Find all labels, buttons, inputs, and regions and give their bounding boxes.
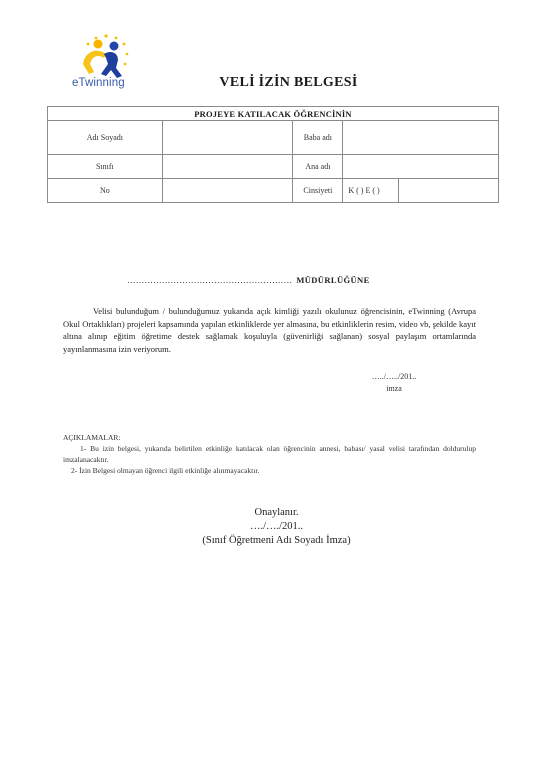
document-title: VELİ İZİN BELGESİ (0, 75, 541, 91)
table-row: Adı Soyadı Baba adı (48, 121, 499, 155)
father-name-field[interactable] (343, 121, 499, 155)
parent-signature-label: imza (354, 383, 434, 395)
gender-options[interactable]: K ( ) E ( ) (343, 179, 399, 203)
mother-name-label: Ana adı (293, 155, 343, 179)
note-item: 1- Bu izin belgesi, yukarıda belirtilen … (63, 443, 476, 465)
number-label: No (48, 179, 163, 203)
notes-section: AÇIKLAMALAR: 1- Bu izin belgesi, yukarıd… (63, 432, 476, 476)
table-header-row: PROJEYE KATILACAK ÖĞRENCİNİN (48, 107, 499, 121)
approval-block: Onaylanır. …./…./201.. (Sınıf Öğretmeni … (0, 506, 541, 548)
student-info-table: PROJEYE KATILACAK ÖĞRENCİNİN Adı Soyadı … (47, 106, 499, 203)
table-row: No Cinsiyeti K ( ) E ( ) (48, 179, 499, 203)
name-label: Adı Soyadı (48, 121, 163, 155)
mother-name-field[interactable] (343, 155, 499, 179)
number-field[interactable] (162, 179, 293, 203)
note-item: 2- İzin Belgesi olmayan öğrenci ilgili e… (63, 465, 476, 476)
addressee-label: MÜDÜRLÜĞÜNE (296, 275, 369, 285)
approval-date: …./…./201.. (12, 520, 541, 534)
gender-label: Cinsiyeti (293, 179, 343, 203)
table-row: Sınıfı Ana adı (48, 155, 499, 179)
approval-label: Onaylanır. (12, 506, 541, 520)
name-field[interactable] (162, 121, 293, 155)
parent-date: …../…../201.. (354, 371, 434, 383)
father-name-label: Baba adı (293, 121, 343, 155)
approval-signer: (Sınıf Öğretmeni Adı Soyadı İmza) (12, 534, 541, 548)
consent-paragraph: Velisi bulunduğum / bulunduğumuz yukarıd… (63, 305, 476, 355)
class-field[interactable] (162, 155, 293, 179)
addressee-blank: ………………………………………………… (127, 275, 292, 285)
addressee-line: …………………………………………………MÜDÜRLÜĞÜNE (127, 275, 370, 285)
class-label: Sınıfı (48, 155, 163, 179)
notes-heading: AÇIKLAMALAR: (63, 432, 476, 443)
table-header: PROJEYE KATILACAK ÖĞRENCİNİN (48, 107, 499, 121)
gender-extra-field[interactable] (399, 179, 499, 203)
parent-signature-block: …../…../201.. imza (354, 371, 434, 395)
document-page: eTwinning VELİ İZİN BELGESİ PROJEYE KATI… (0, 0, 541, 768)
